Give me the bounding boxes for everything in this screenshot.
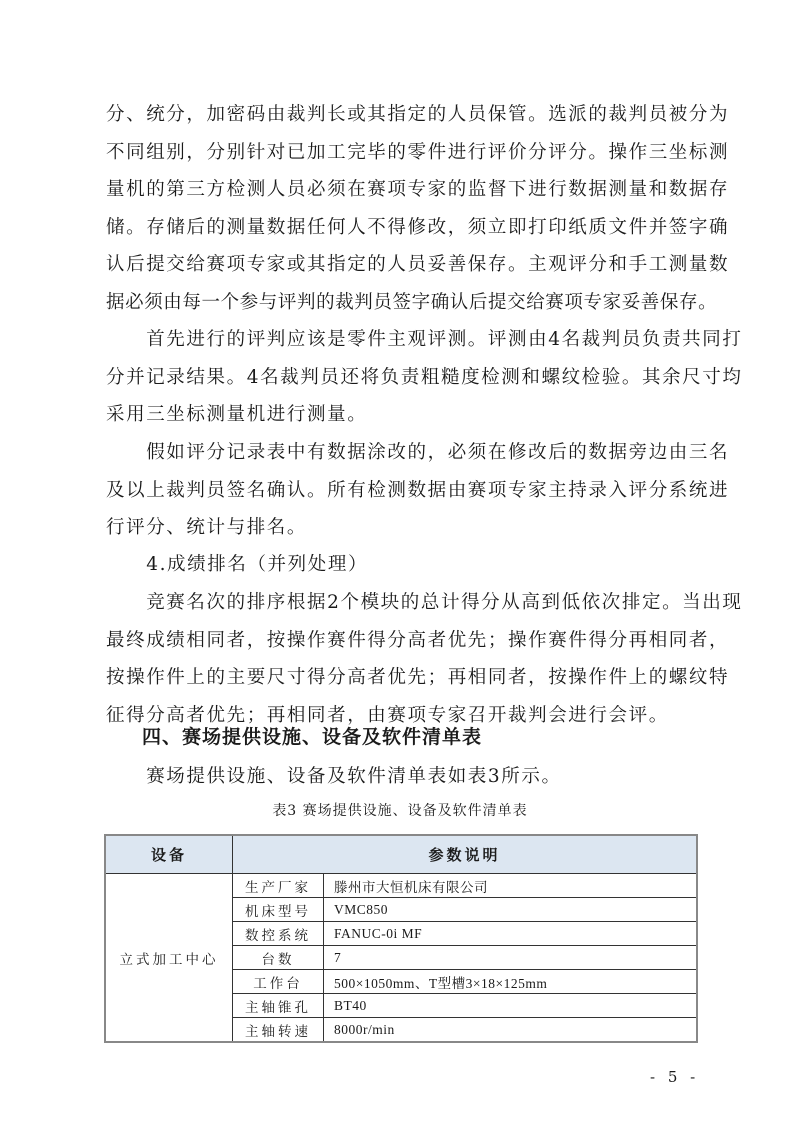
text-line: 及以上裁判员签名确认。所有检测数据由赛项专家主持录入评分系统进 xyxy=(106,472,696,510)
param-value-cell: FANUC-0i MF xyxy=(324,922,698,946)
header-parameters: 参数说明 xyxy=(233,835,698,874)
text-line: 储。存储后的测量数据任何人不得修改，须立即打印纸质文件并签字确 xyxy=(106,209,696,247)
text-line: 首先进行的评判应该是零件主观评测。评测由4名裁判员负责共同打 xyxy=(106,321,696,359)
param-value-cell: 7 xyxy=(324,946,698,970)
text-line: 分、统分，加密码由裁判长或其指定的人员保管。选派的裁判员被分为 xyxy=(106,96,696,134)
paragraph-judging-process: 分、统分，加密码由裁判长或其指定的人员保管。选派的裁判员被分为 不同组别，分别针… xyxy=(106,96,696,321)
param-value-cell: 8000r/min xyxy=(324,1018,698,1043)
param-name-cell: 主轴锥孔 xyxy=(233,994,324,1018)
param-name-cell: 机床型号 xyxy=(233,898,324,922)
param-name-cell: 主轴转速 xyxy=(233,1018,324,1043)
equipment-table: 设备 参数说明 立式加工中心 生产厂家 滕州市大恒机床有限公司 机床型号 VMC… xyxy=(104,834,698,1043)
subheading-text: 4.成绩排名（并列处理） xyxy=(106,546,696,584)
table-caption: 表3 赛场提供设施、设备及软件清单表 xyxy=(0,800,800,820)
table-header-row: 设备 参数说明 xyxy=(105,835,697,874)
param-name-cell: 数控系统 xyxy=(233,922,324,946)
paragraph-table-intro: 赛场提供设施、设备及软件清单表如表3所示。 xyxy=(106,758,696,796)
param-name-cell: 台数 xyxy=(233,946,324,970)
equipment-name-cell: 立式加工中心 xyxy=(105,874,233,1043)
text-line: 不同组别，分别针对已加工完毕的零件进行评价分评分。操作三坐标测 xyxy=(106,134,696,172)
text-line: 最终成绩相同者，按操作赛件得分高者优先；操作赛件得分再相同者， xyxy=(106,622,696,660)
param-value-cell: VMC850 xyxy=(324,898,698,922)
table-row: 立式加工中心 生产厂家 滕州市大恒机床有限公司 xyxy=(105,874,697,898)
page-number: - 5 - xyxy=(650,1068,699,1086)
document-page: 分、统分，加密码由裁判长或其指定的人员保管。选派的裁判员被分为 不同组别，分别针… xyxy=(0,0,800,1131)
header-equipment: 设备 xyxy=(105,835,233,874)
param-name-cell: 工作台 xyxy=(233,970,324,994)
text-line: 按操作件上的主要尺寸得分高者优先；再相同者，按操作件上的螺纹特 xyxy=(106,659,696,697)
param-value-cell: 滕州市大恒机床有限公司 xyxy=(324,874,698,898)
param-name-cell: 生产厂家 xyxy=(233,874,324,898)
text-line: 行评分、统计与排名。 xyxy=(106,509,696,547)
text-line: 竞赛名次的排序根据2个模块的总计得分从高到低依次排定。当出现 xyxy=(106,584,696,622)
paragraph-ranking-rules: 竞赛名次的排序根据2个模块的总计得分从高到低依次排定。当出现 最终成绩相同者，按… xyxy=(106,584,696,734)
text-line: 赛场提供设施、设备及软件清单表如表3所示。 xyxy=(106,758,696,796)
text-line: 量机的第三方检测人员必须在赛项专家的监督下进行数据测量和数据存 xyxy=(106,171,696,209)
text-line: 认后提交给赛项专家或其指定的人员妥善保存。主观评分和手工测量数 xyxy=(106,246,696,284)
text-line: 假如评分记录表中有数据涂改的，必须在修改后的数据旁边由三名 xyxy=(106,434,696,472)
param-value-cell: BT40 xyxy=(324,994,698,1018)
paragraph-subjective-evaluation: 首先进行的评判应该是零件主观评测。评测由4名裁判员负责共同打 分并记录结果。4名… xyxy=(106,321,696,434)
text-line: 采用三坐标测量机进行测量。 xyxy=(106,396,696,434)
paragraph-data-correction: 假如评分记录表中有数据涂改的，必须在修改后的数据旁边由三名 及以上裁判员签名确认… xyxy=(106,434,696,547)
section-heading: 四、赛场提供设施、设备及软件清单表 xyxy=(142,722,482,749)
subheading-ranking: 4.成绩排名（并列处理） xyxy=(106,546,696,584)
param-value-cell: 500×1050mm、T型槽3×18×125mm xyxy=(324,970,698,994)
text-line: 分并记录结果。4名裁判员还将负责粗糙度检测和螺纹检验。其余尺寸均 xyxy=(106,359,696,397)
text-line: 据必须由每一个参与评判的裁判员签字确认后提交给赛项专家妥善保存。 xyxy=(106,284,696,322)
